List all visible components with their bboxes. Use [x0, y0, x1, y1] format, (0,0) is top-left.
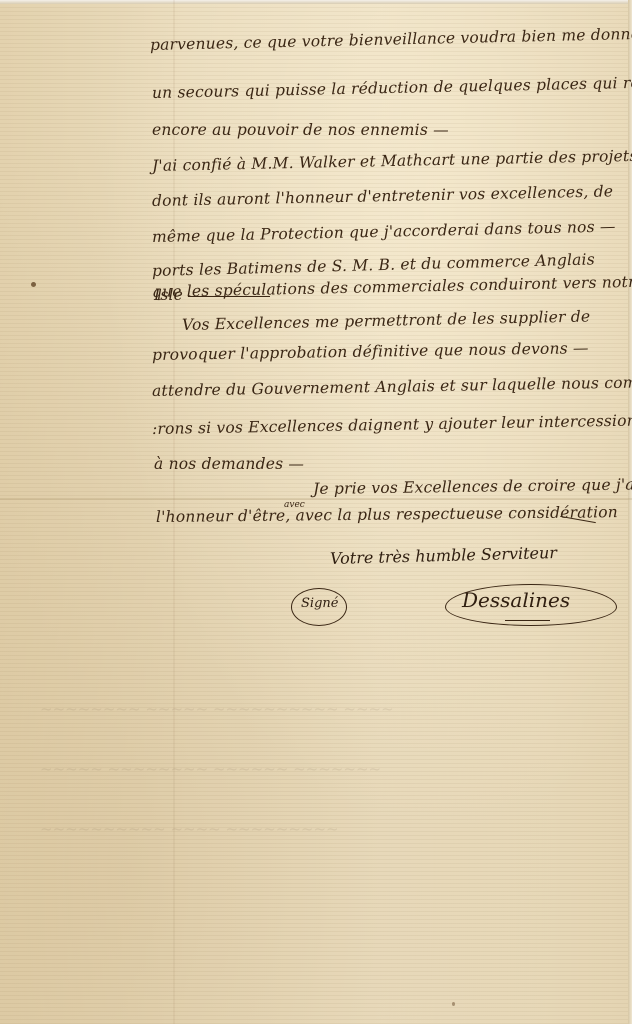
letter-line: provoquer l'approbation définitive que n… — [152, 339, 589, 364]
letter-line: l'honneur d'être, avec la plus respectue… — [156, 503, 618, 526]
letter-line: à nos demandes — — [154, 455, 304, 473]
letter-line: Vos Excellences me permettront de les su… — [182, 307, 591, 334]
signature: Dessalines — [462, 588, 570, 612]
manuscript-page: ~~~~~~~~ ~~~~~ ~~~~~~~~~~ ~~~~ ~~~~~ ~~~… — [0, 0, 632, 1024]
signed-note: Signé — [301, 596, 338, 611]
closing-formula: Votre très humble Serviteur — [330, 543, 557, 568]
paper-top-edge — [0, 0, 632, 4]
signature-underline — [505, 620, 550, 621]
ink-spot — [31, 282, 36, 287]
bleed-through-text: ~~~~~~~~~~ ~~~~ ~~~~~~~~~ — [40, 820, 339, 838]
letter-line: Je prie vos Excellences de croire que j'… — [313, 475, 632, 498]
letter-line: un secours qui puisse la réduction de qu… — [152, 73, 632, 102]
horizontal-fold-crease — [0, 498, 632, 500]
letter-line: parvenues, ce que votre bienveillance vo… — [150, 25, 632, 54]
ink-spot — [452, 1002, 455, 1006]
line-filler-dash — [188, 296, 270, 297]
letter-line: dont ils auront l'honneur d'entretenir v… — [152, 182, 614, 210]
bleed-through-text: ~~~~~~~~ ~~~~~ ~~~~~~~~~~ ~~~~ — [40, 700, 394, 718]
letter-line: Isle — [154, 286, 183, 304]
letter-line: attendre du Gouvernement Anglais et sur … — [152, 373, 632, 400]
letter-line: :rons si vos Excellences daignent y ajou… — [152, 412, 632, 438]
bleed-through-text: ~~~~~ ~~~~~~~~ ~~~~~~ ~~~~~~~ — [40, 760, 381, 778]
letter-line: même que la Protection que j'accorderai … — [152, 217, 616, 246]
letter-line: encore au pouvoir de nos ennemis — — [152, 121, 449, 139]
letter-line: J'ai confié à M.M. Walker et Mathcart un… — [152, 147, 632, 175]
